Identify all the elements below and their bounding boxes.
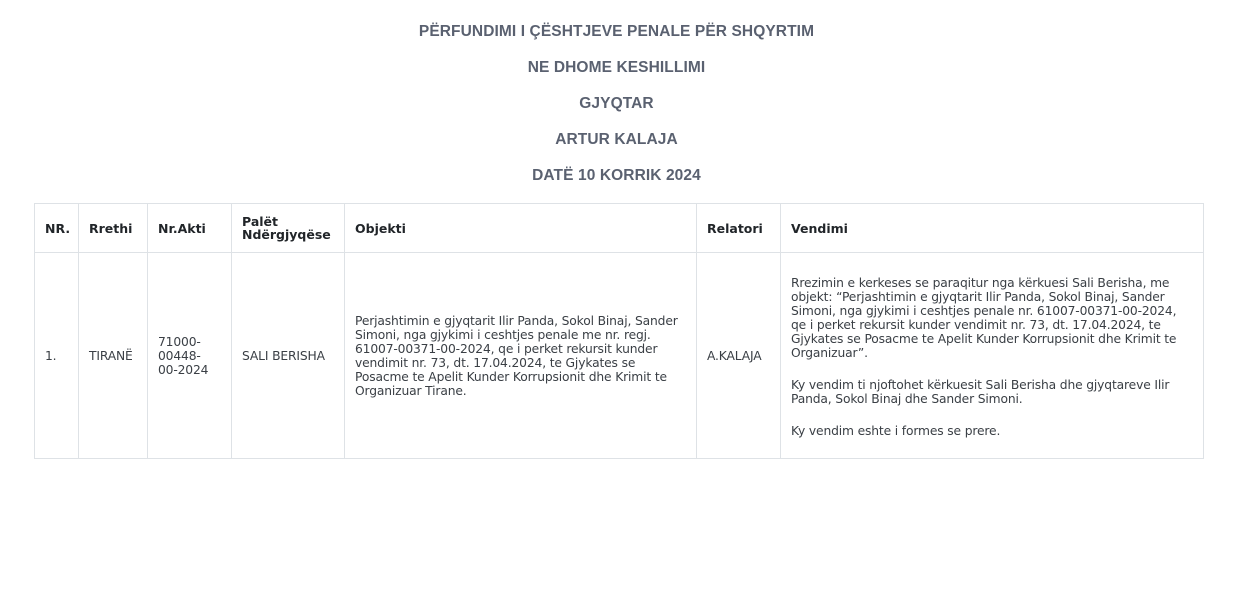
table-header-row: NR. Rrethi Nr.Akti Palët Ndërgjyqëse Obj… bbox=[35, 204, 1204, 253]
column-header-rrethi: Rrethi bbox=[79, 204, 148, 253]
heading-date: DATË 10 KORRIK 2024 bbox=[0, 166, 1233, 202]
cell-nr: 1. bbox=[35, 253, 79, 459]
column-header-relatori: Relatori bbox=[697, 204, 781, 253]
vendimi-paragraph-finality: Ky vendim eshte i formes se prere. bbox=[791, 424, 1193, 438]
column-header-vendimi: Vendimi bbox=[781, 204, 1204, 253]
heading-title: PËRFUNDIMI I ÇËSHTJEVE PENALE PËR SHQYRT… bbox=[0, 22, 1233, 58]
column-header-objekti: Objekti bbox=[345, 204, 697, 253]
column-header-palet: Palët Ndërgjyqëse bbox=[232, 204, 345, 253]
table-row: 1. TIRANË 71000-00448-00-2024 SALI BERIS… bbox=[35, 253, 1204, 459]
vendimi-paragraph-decision: Rrezimin e kerkeses se paraqitur nga kër… bbox=[791, 276, 1193, 360]
cell-relatori: A.KALAJA bbox=[697, 253, 781, 459]
document-heading: PËRFUNDIMI I ÇËSHTJEVE PENALE PËR SHQYRT… bbox=[0, 22, 1233, 202]
column-header-nr: NR. bbox=[35, 204, 79, 253]
cell-vendimi: Rrezimin e kerkeses se paraqitur nga kër… bbox=[781, 253, 1204, 459]
vendimi-paragraph-notification: Ky vendim ti njoftohet kërkuesit Sali Be… bbox=[791, 378, 1193, 406]
cell-objekti: Perjashtimin e gjyqtarit Ilir Panda, Sok… bbox=[345, 253, 697, 459]
heading-judge-label: GJYQTAR bbox=[0, 94, 1233, 130]
heading-session-type: NE DHOME KESHILLIMI bbox=[0, 58, 1233, 94]
nr-akti-value: 71000-00448-00-2024 bbox=[158, 335, 218, 377]
cases-table: NR. Rrethi Nr.Akti Palët Ndërgjyqëse Obj… bbox=[34, 203, 1204, 459]
cell-rrethi: TIRANË bbox=[79, 253, 148, 459]
cell-palet: SALI BERISHA bbox=[232, 253, 345, 459]
column-header-nr-akti: Nr.Akti bbox=[148, 204, 232, 253]
heading-judge-name: ARTUR KALAJA bbox=[0, 130, 1233, 166]
cell-nr-akti: 71000-00448-00-2024 bbox=[148, 253, 232, 459]
